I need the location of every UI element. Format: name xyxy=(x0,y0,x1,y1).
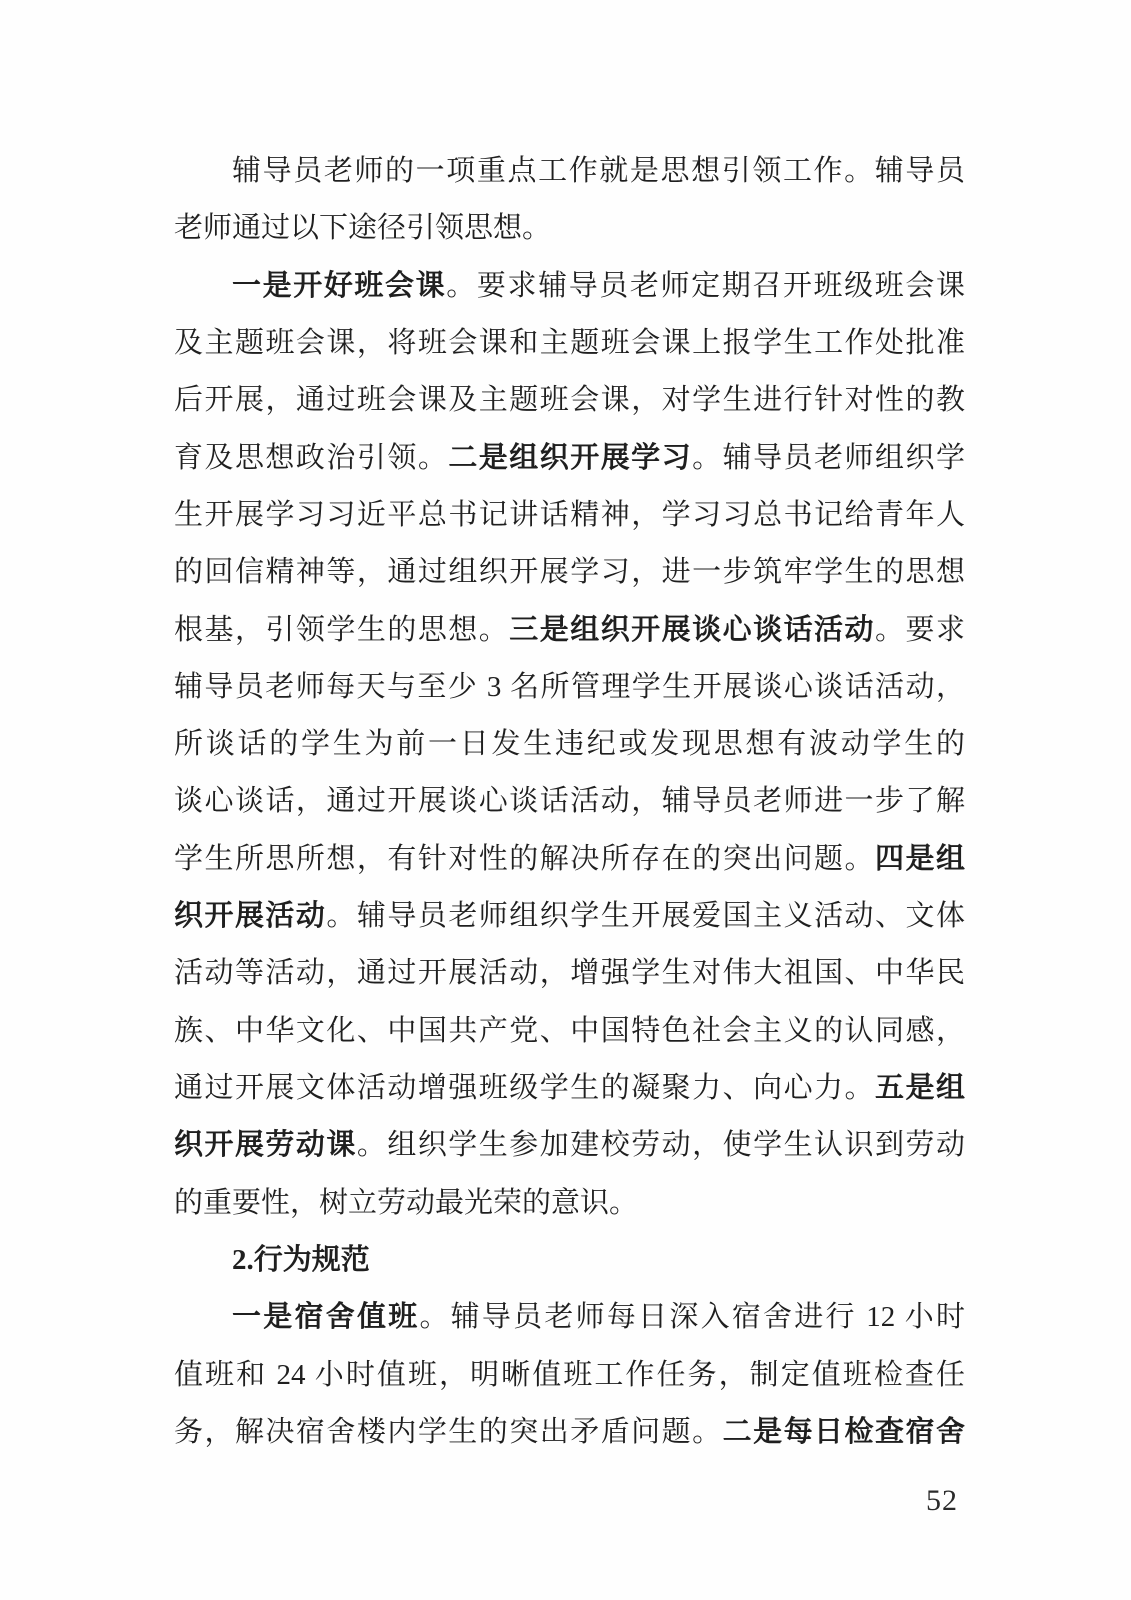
bold-text-segment: 四是组 xyxy=(875,843,965,875)
text-line: 及主题班会课，将班会课和主题班会课上报学生工作处批准 xyxy=(174,315,965,372)
text-line: 的重要性，树立劳动最光荣的意识。 xyxy=(174,1175,965,1232)
text-segment: 值班和 24 小时值班，明晰值班工作任务，制定值班检查任 xyxy=(174,1359,965,1391)
bold-text-segment: 一是开好班会课 xyxy=(232,270,446,302)
text-segment: 生开展学习习近平总书记讲话精神，学习习总书记给青年人 xyxy=(174,499,965,531)
text-line: 学生所思所想，有针对性的解决所存在的突出问题。四是组 xyxy=(174,831,965,888)
text-segment: 辅导员老师的一项重点工作就是思想引领工作。辅导员 xyxy=(232,155,965,187)
text-line: 值班和 24 小时值班，明晰值班工作任务，制定值班检查任 xyxy=(174,1347,965,1404)
text-line: 后开展，通过班会课及主题班会课，对学生进行针对性的教 xyxy=(174,372,965,429)
text-segment: 。要求 xyxy=(875,614,965,646)
text-line: 谈心谈话，通过开展谈心谈话活动，辅导员老师进一步了解 xyxy=(174,773,965,830)
text-segment: 务，解决宿舍楼内学生的突出矛盾问题。 xyxy=(174,1416,723,1448)
bold-text-segment: 2.行为规范 xyxy=(232,1244,370,1276)
text-line: 织开展活动。辅导员老师组织学生开展爱国主义活动、文体 xyxy=(174,888,965,945)
text-segment: 族、中华文化、中国共产党、中国特色社会主义的认同感， xyxy=(174,1015,965,1047)
text-segment: 活动等活动，通过开展活动，增强学生对伟大祖国、中华民 xyxy=(174,957,965,989)
text-line: 活动等活动，通过开展活动，增强学生对伟大祖国、中华民 xyxy=(174,945,965,1002)
text-segment: 育及思想政治引领。 xyxy=(174,442,448,474)
text-line: 一是宿舍值班。辅导员老师每日深入宿舍进行 12 小时 xyxy=(174,1289,965,1346)
text-line: 所谈话的学生为前一日发生违纪或发现思想有波动学生的 xyxy=(174,716,965,773)
text-segment: 的回信精神等，通过组织开展学习，进一步筑牢学生的思想 xyxy=(174,556,965,588)
text-segment: 。辅导员老师组织学 xyxy=(692,442,965,474)
text-line: 务，解决宿舍楼内学生的突出矛盾问题。二是每日检查宿舍 xyxy=(174,1404,965,1461)
text-segment: 学生所思所想，有针对性的解决所存在的突出问题。 xyxy=(174,843,875,875)
text-segment: 的重要性，树立劳动最光荣的意识。 xyxy=(174,1187,638,1219)
text-line: 一是开好班会课。要求辅导员老师定期召开班级班会课 xyxy=(174,258,965,315)
bold-text-segment: 五是组 xyxy=(875,1072,965,1104)
text-segment: 通过开展文体活动增强班级学生的凝聚力、向心力。 xyxy=(174,1072,875,1104)
text-line: 根基，引领学生的思想。三是组织开展谈心谈话活动。要求 xyxy=(174,602,965,659)
text-line: 织开展劳动课。组织学生参加建校劳动，使学生认识到劳动 xyxy=(174,1117,965,1174)
text-line: 辅导员老师每天与至少 3 名所管理学生开展谈心谈话活动， xyxy=(174,659,965,716)
document-page: 辅导员老师的一项重点工作就是思想引领工作。辅导员老师通过以下途径引领思想。一是开… xyxy=(0,0,1131,1600)
text-segment: 谈心谈话，通过开展谈心谈话活动，辅导员老师进一步了解 xyxy=(174,785,965,817)
text-line: 育及思想政治引领。二是组织开展学习。辅导员老师组织学 xyxy=(174,430,965,487)
text-line: 的回信精神等，通过组织开展学习，进一步筑牢学生的思想 xyxy=(174,544,965,601)
text-segment: 。组织学生参加建校劳动，使学生认识到劳动 xyxy=(357,1129,965,1161)
bold-text-segment: 一是宿舍值班 xyxy=(232,1301,419,1333)
bold-text-segment: 二是组织开展学习 xyxy=(448,442,692,474)
text-segment: 老师通过以下途径引领思想。 xyxy=(174,212,551,244)
text-segment: 辅导员老师每天与至少 3 名所管理学生开展谈心谈话活动， xyxy=(174,671,965,703)
bold-text-segment: 二是每日检查宿舍 xyxy=(723,1416,965,1448)
text-segment: 根基，引领学生的思想。 xyxy=(174,614,509,646)
text-line: 辅导员老师的一项重点工作就是思想引领工作。辅导员 xyxy=(174,143,965,200)
text-segment: 。要求辅导员老师定期召开班级班会课 xyxy=(446,270,965,302)
text-segment: 所谈话的学生为前一日发生违纪或发现思想有波动学生的 xyxy=(174,728,965,760)
text-segment: 。辅导员老师组织学生开展爱国主义活动、文体 xyxy=(326,900,965,932)
text-segment: 。辅导员老师每日深入宿舍进行 12 小时 xyxy=(419,1301,965,1333)
body-text: 辅导员老师的一项重点工作就是思想引领工作。辅导员老师通过以下途径引领思想。一是开… xyxy=(174,143,965,1461)
text-line: 生开展学习习近平总书记讲话精神，学习习总书记给青年人 xyxy=(174,487,965,544)
bold-text-segment: 三是组织开展谈心谈话活动 xyxy=(509,614,875,646)
bold-text-segment: 织开展劳动课 xyxy=(174,1129,357,1161)
text-segment: 及主题班会课，将班会课和主题班会课上报学生工作处批准 xyxy=(174,327,965,359)
bold-text-segment: 织开展活动 xyxy=(174,900,326,932)
text-line: 2.行为规范 xyxy=(174,1232,965,1289)
text-line: 族、中华文化、中国共产党、中国特色社会主义的认同感， xyxy=(174,1003,965,1060)
text-line: 通过开展文体活动增强班级学生的凝聚力、向心力。五是组 xyxy=(174,1060,965,1117)
text-line: 老师通过以下途径引领思想。 xyxy=(174,200,965,257)
page-number: 52 xyxy=(926,1484,958,1518)
text-segment: 后开展，通过班会课及主题班会课，对学生进行针对性的教 xyxy=(174,384,965,416)
